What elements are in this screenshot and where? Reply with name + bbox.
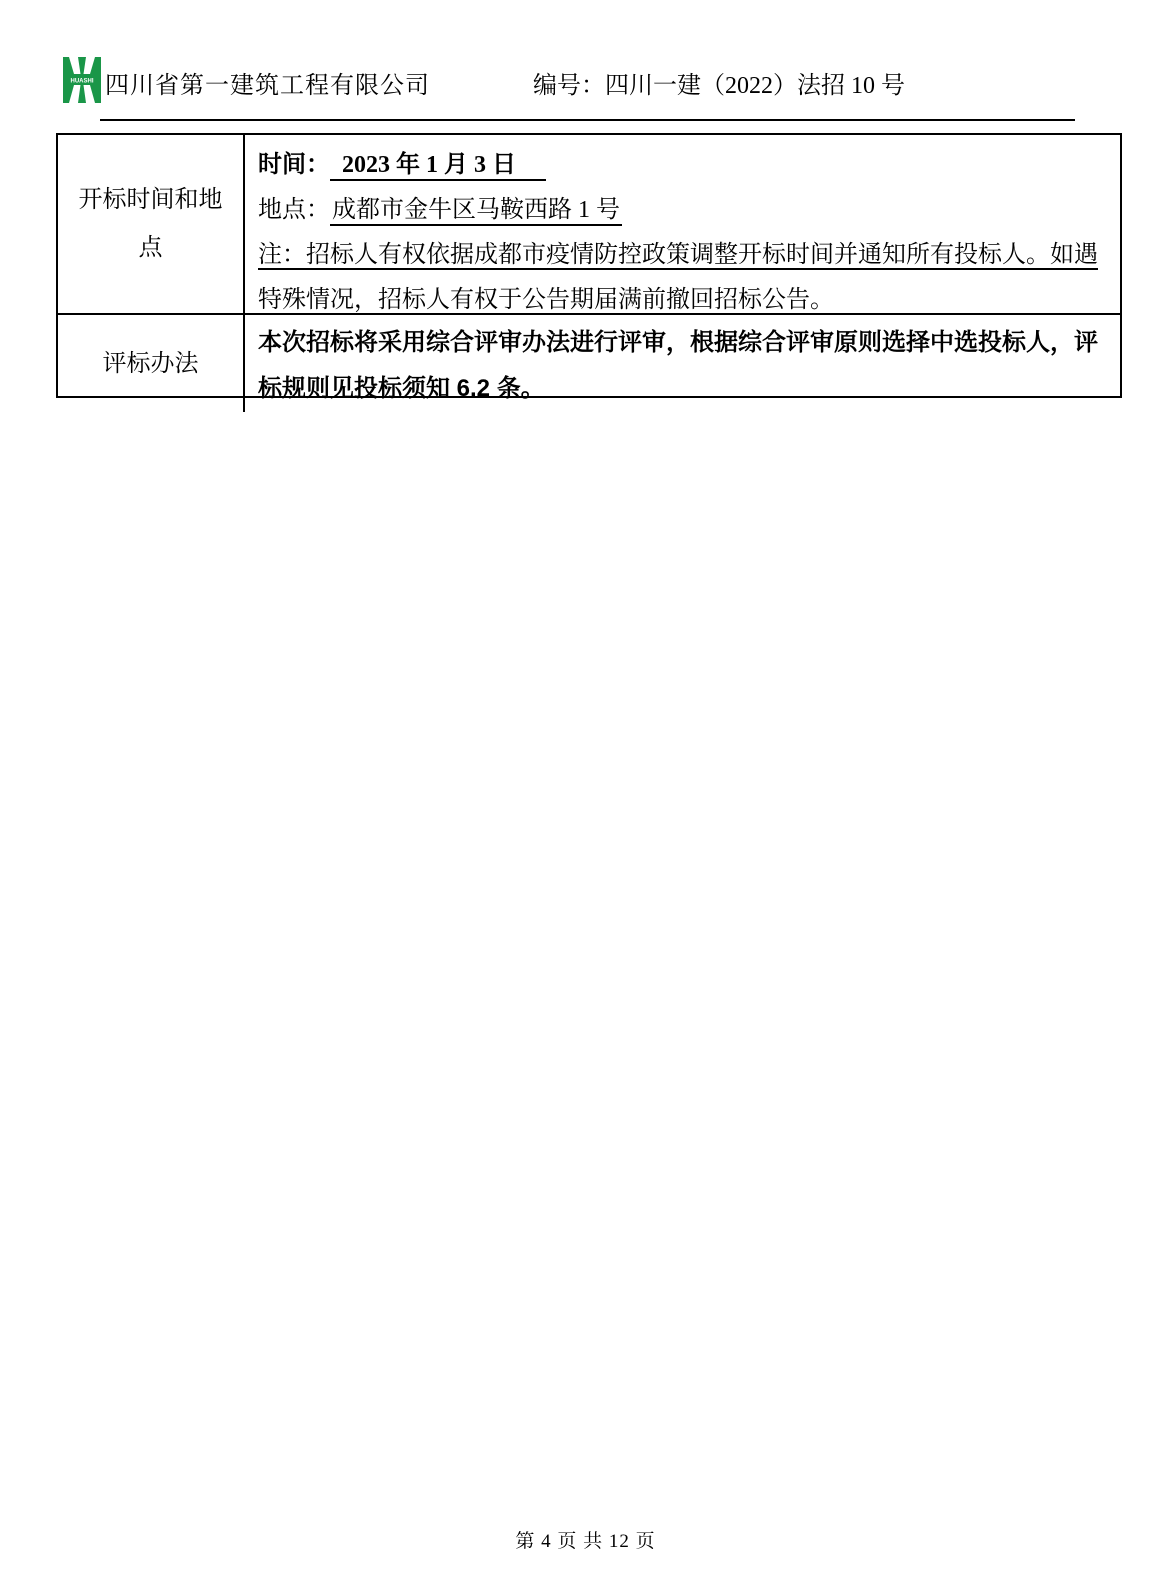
place-line: 地点：成都市金牛区马鞍西路 1 号 xyxy=(258,188,1104,233)
company-name: 四川省第一建筑工程有限公司 xyxy=(105,70,430,102)
evaluation-method-content: 本次招标将采用综合评审办法进行评审，根据综合评审原则选择中选投标人，评标规则见投… xyxy=(258,320,1102,412)
open-time-place-label-cell: 开标时间和地点 xyxy=(58,135,243,313)
evaluation-method-label-cell: 评标办法 xyxy=(58,313,243,412)
evaluation-method-content-cell: 本次招标将采用综合评审办法进行评审，根据综合评审原则选择中选投标人，评标规则见投… xyxy=(243,313,1120,412)
page-number: 第 4 页 共 12 页 xyxy=(515,1531,655,1552)
place-label: 地点： xyxy=(258,197,330,223)
open-time-place-label: 开标时间和地点 xyxy=(76,176,226,272)
document-page: HUASHI 四川省第一建筑工程有限公司 编号：四川一建（2022）法招 10 … xyxy=(0,0,1171,1578)
time-line: 时间：2023 年 1 月 3 日 xyxy=(258,143,1104,188)
note-text: 注：招标人有权依据成都市疫情防控政策调整开标时间并通知所有投标人。如遇特殊情况，… xyxy=(258,233,1104,323)
time-value: 2023 年 1 月 3 日 xyxy=(330,152,546,181)
bid-info-table: 开标时间和地点 时间：2023 年 1 月 3 日 地点：成都市金牛区马鞍西路 … xyxy=(56,133,1122,398)
time-label: 时间： xyxy=(258,152,330,178)
page-footer: 第 4 页 共 12 页 xyxy=(0,1526,1171,1553)
doc-number: 编号：四川一建（2022）法招 10 号 xyxy=(533,70,905,102)
company-logo: HUASHI xyxy=(63,57,101,103)
open-time-place-content-cell: 时间：2023 年 1 月 3 日 地点：成都市金牛区马鞍西路 1 号 注：招标… xyxy=(243,135,1120,313)
evaluation-method-label: 评标办法 xyxy=(76,340,226,388)
place-value: 成都市金牛区马鞍西路 1 号 xyxy=(330,197,622,226)
header-divider-rule xyxy=(100,119,1075,121)
logo-huashi-text: HUASHI xyxy=(70,79,93,85)
